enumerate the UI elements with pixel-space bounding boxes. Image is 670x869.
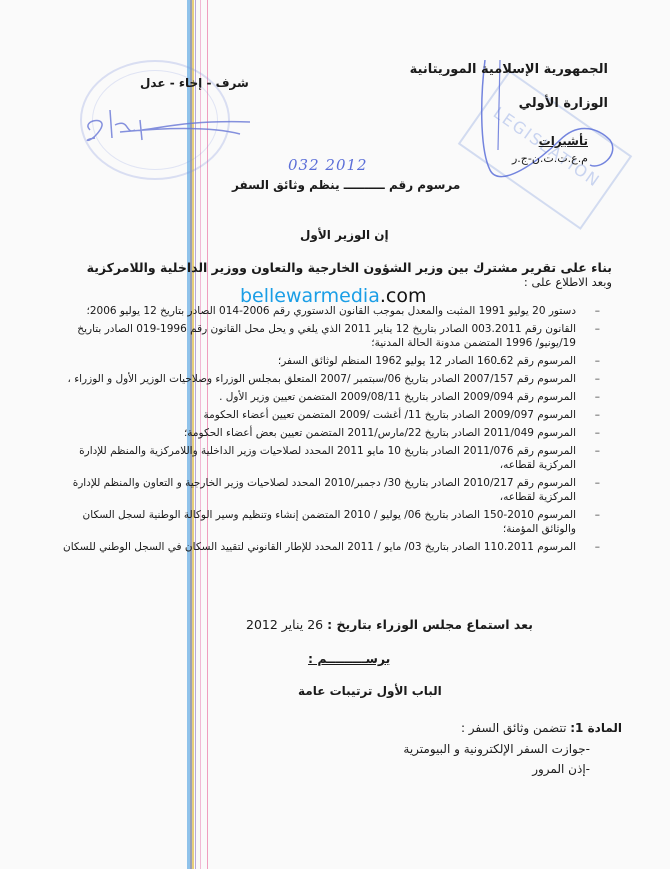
- dash-bullet: –: [595, 508, 600, 522]
- signature-icon: [80, 100, 260, 150]
- council-statement: بعد استماع مجلس الوزراء بتاريخ : 26 يناي…: [246, 617, 533, 632]
- reference-text: المرسوم رقم 2011/076 الصادر بتاريخ 10 ما…: [60, 444, 576, 472]
- dash-bullet: –: [595, 426, 600, 440]
- reference-text: دستور 20 يوليو 1991 المثبت والمعدل بموجب…: [60, 304, 576, 318]
- pen-stroke-icon: [480, 60, 620, 190]
- article-item: -جوازت السفر الإلكترونية و البيومترية: [403, 742, 590, 756]
- basis-statement: بناء على تقرير مشترك بين وزير الشؤون الخ…: [87, 260, 612, 275]
- document-page: LEGISLATION الجمهورية الإسلامية الموريتا…: [0, 0, 670, 869]
- country-name: الجمهورية الإسلامية الموريتانية: [410, 62, 608, 77]
- article-item: -إذن المرور: [532, 762, 590, 776]
- reference-item: –المرسوم 110.2011 الصادر بتاريخ 03/ مايو…: [60, 540, 600, 554]
- seen-statement: وبعد الاطلاع على :: [524, 275, 612, 289]
- reference-item: –المرسوم 2009/097 الصادر بتاريخ 11/ أغشت…: [60, 408, 600, 422]
- reference-text: المرسوم 110.2011 الصادر بتاريخ 03/ مايو …: [60, 540, 576, 554]
- ministry-name: الوزارة الأولي: [519, 96, 608, 111]
- national-motto: شرف - إخاء - عدل: [140, 76, 249, 90]
- council-date: 26 يناير 2012: [246, 617, 323, 632]
- dash-bullet: –: [595, 372, 600, 386]
- reference-item: –المرسوم 2010-150 الصادر بتاريخ 06/ يولي…: [60, 508, 600, 536]
- dash-bullet: –: [595, 408, 600, 422]
- reference-text: المرسوم 2010-150 الصادر بتاريخ 06/ يوليو…: [60, 508, 576, 536]
- reference-item: –المرسوم رقم 2009/094 الصادر بتاريخ 2009…: [60, 390, 600, 404]
- reference-text: القانون رقم 003.2011 الصادر بتاريخ 12 ين…: [60, 322, 576, 350]
- dash-bullet: –: [595, 354, 600, 368]
- reference-text: المرسوم رقم 2009/094 الصادر بتاريخ 2009/…: [60, 390, 576, 404]
- reference-text: المرسوم رقم 2007/157 الصادر بتاريخ 06/سب…: [60, 372, 576, 386]
- reference-item: –المرسوم رقم 62ـ160 الصادر 12 يوليو 1962…: [60, 354, 600, 368]
- dash-bullet: –: [595, 322, 600, 336]
- reference-item: –دستور 20 يوليو 1991 المثبت والمعدل بموج…: [60, 304, 600, 318]
- decree-verb: يرســـــــــم :: [308, 651, 390, 666]
- reference-item: –المرسوم رقم 2007/157 الصادر بتاريخ 06/س…: [60, 372, 600, 386]
- article-text: تتضمن وثائق السفر :: [461, 721, 566, 735]
- dash-bullet: –: [595, 540, 600, 554]
- reference-text: المرسوم رقم 2010/217 الصادر بتاريخ 30/ د…: [60, 476, 576, 504]
- handwritten-decree-number: 032 2012: [288, 156, 368, 174]
- reference-item: –المرسوم 2011/049 الصادر بتاريخ 22/مارس/…: [60, 426, 600, 440]
- dash-bullet: –: [595, 390, 600, 404]
- council-label: بعد استماع مجلس الوزراء بتاريخ :: [327, 617, 533, 632]
- reference-text: المرسوم 2011/049 الصادر بتاريخ 22/مارس/2…: [60, 426, 576, 440]
- visas-code: م.ع.ت.ت.ن-ج.ر: [512, 152, 588, 165]
- article-label: المادة 1:: [570, 721, 622, 735]
- dash-bullet: –: [595, 476, 600, 490]
- reference-item: –القانون رقم 003.2011 الصادر بتاريخ 12 ي…: [60, 322, 600, 350]
- chapter-heading: الباب الأول ترتيبات عامة: [298, 684, 442, 698]
- reference-text: المرسوم 2009/097 الصادر بتاريخ 11/ أغشت …: [60, 408, 576, 422]
- dash-bullet: –: [595, 304, 600, 318]
- reference-item: –المرسوم رقم 2010/217 الصادر بتاريخ 30/ …: [60, 476, 600, 504]
- dash-bullet: –: [595, 444, 600, 458]
- decree-title: مرسوم رقم ــــــــــ ينظم وثائق السفر: [232, 178, 460, 192]
- references-list: –دستور 20 يوليو 1991 المثبت والمعدل بموج…: [60, 304, 600, 558]
- prime-minister-heading: إن الوزير الأول: [300, 228, 389, 242]
- reference-text: المرسوم رقم 62ـ160 الصادر 12 يوليو 1962 …: [60, 354, 576, 368]
- visas-title: تأشيرات: [539, 134, 588, 148]
- reference-item: –المرسوم رقم 2011/076 الصادر بتاريخ 10 م…: [60, 444, 600, 472]
- article-1: المادة 1: تتضمن وثائق السفر :: [461, 721, 622, 735]
